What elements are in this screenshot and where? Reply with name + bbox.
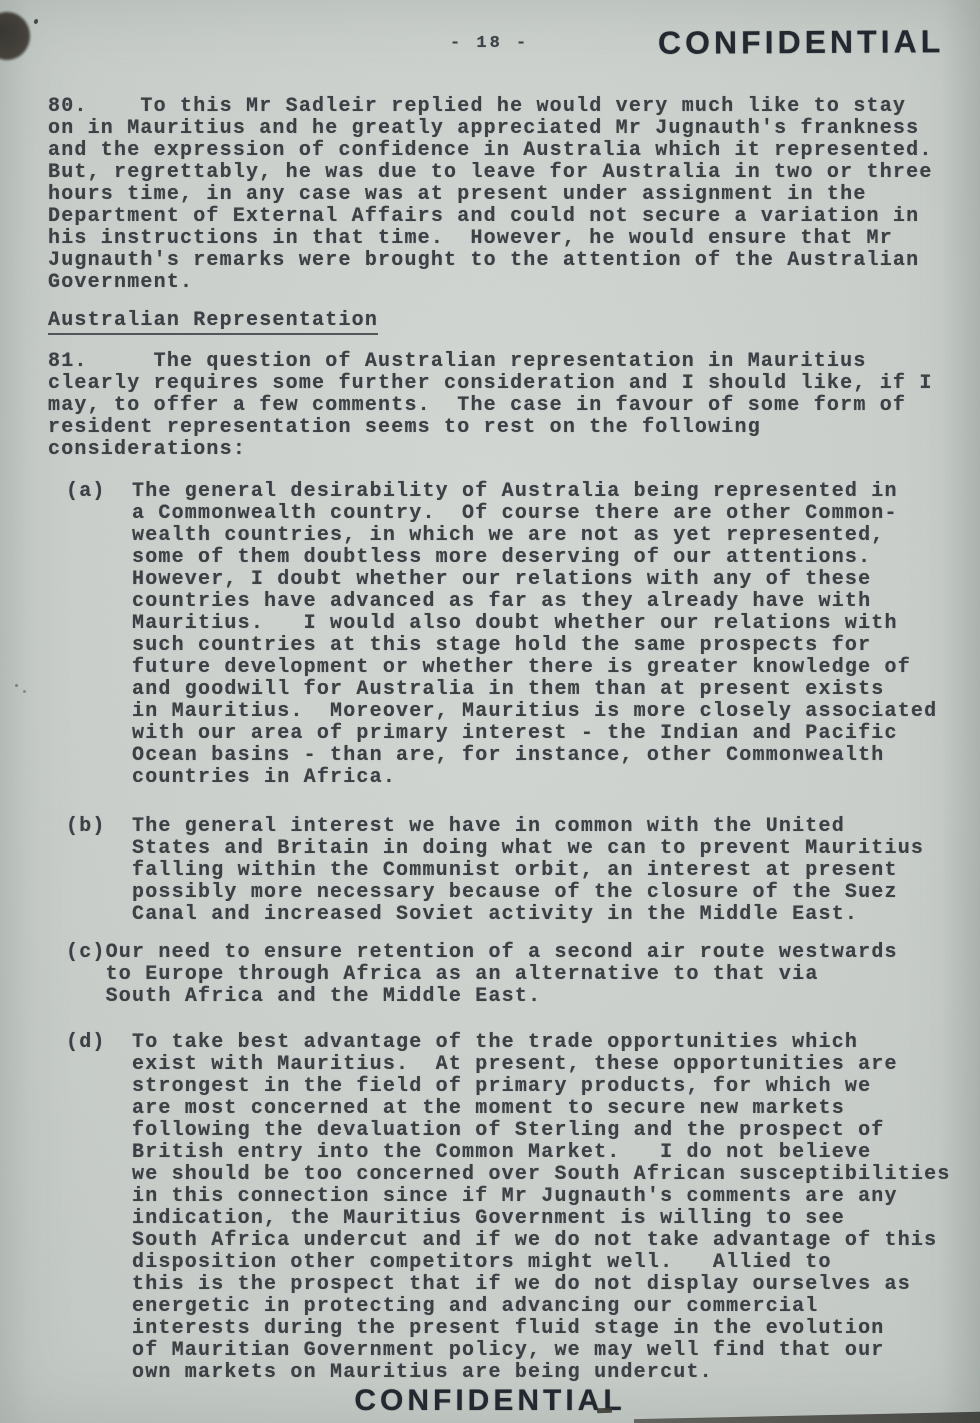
item-label-a: (a) <box>66 481 107 503</box>
item-label-b: (b) <box>66 816 107 838</box>
item-text-b: The general interest we have in common w… <box>132 816 924 926</box>
document-body: 80. To this Mr Sadleir replied he would … <box>48 0 958 1384</box>
paragraph-80: 80. To this Mr Sadleir replied he would … <box>48 96 958 294</box>
scan-edge-dash <box>597 1408 612 1414</box>
ink-speck <box>33 18 38 24</box>
document-page: - 18 - CONFIDENTIAL 80. To this Mr Sadle… <box>0 0 980 1423</box>
list-item-d: (d) To take best advantage of the trade … <box>48 1032 958 1384</box>
item-label-d: (d) <box>66 1032 107 1054</box>
list-item-c: (c) Our need to ensure retention of a se… <box>48 942 958 1008</box>
section-heading: Australian Representation <box>48 310 958 332</box>
item-text-a: The general desirability of Australia be… <box>132 481 937 789</box>
section-heading-text: Australian Representation <box>48 309 378 335</box>
paragraph-81: 81. The question of Australian represent… <box>48 351 958 461</box>
ink-speck <box>23 690 26 693</box>
list-item-b: (b) The general interest we have in comm… <box>48 816 958 926</box>
item-text-d: To take best advantage of the trade oppo… <box>132 1032 951 1384</box>
item-text-c: Our need to ensure retention of a second… <box>106 942 898 1008</box>
hole-punch-mark <box>0 12 30 60</box>
item-label-c: (c) <box>66 942 106 964</box>
classification-stamp-bottom: CONFIDENTIAL <box>0 1384 980 1418</box>
list-item-a: (a) The general desirability of Australi… <box>48 481 958 789</box>
ink-speck <box>15 684 18 687</box>
